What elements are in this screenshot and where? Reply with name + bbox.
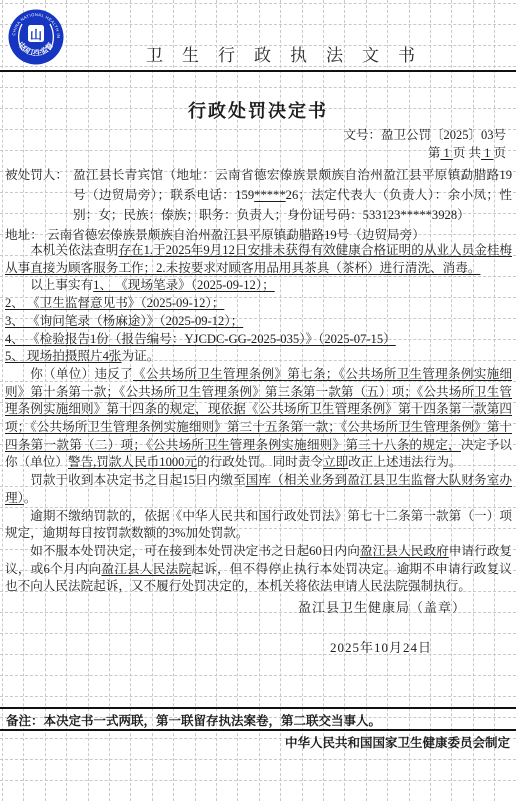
page-title: 行政处罚决定书	[0, 97, 516, 123]
footer-divider-bottom	[0, 729, 516, 731]
document-series-title: 卫生行政执法文书	[64, 41, 516, 66]
evidence-intro: 以上事实有1、 《现场笔录》（2025-09-12）；	[5, 277, 512, 295]
party-block: 被处罚人： 盈江县长青宾馆（地址：云南省德宏傣族景颇族自治州盈江县平原镇勐腊路1…	[5, 165, 512, 245]
svg-text:山: 山	[30, 28, 42, 42]
document-meta: 文号：盈卫公罚〔2025〕03号 第 1 页 共 1 页	[343, 126, 506, 162]
findings-paragraph: 本机关依法查明存在1.于2025年9月12日安排未获得有效健康合格证明的从业人员…	[5, 242, 512, 277]
footer-issuer: 中华人民共和国国家卫生健康委员会制定	[285, 733, 510, 751]
penalized-party-value: 盈江县长青宾馆（地址：云南省德宏傣族景颇族自治州盈江县平原镇勐腊路19号（边贸局…	[73, 165, 512, 225]
evidence-item: 2、 《卫生监督意见书》（2025-09-12）；	[5, 295, 512, 313]
evidence-item: 5、 现场拍摄照片4张为证。	[5, 348, 512, 366]
document-number: 文号：盈卫公罚〔2025〕03号	[343, 126, 506, 144]
appeal-paragraph: 如不服本处罚决定，可在接到本处罚决定书之日起60日内向盈江县人民政府申请行政复议…	[5, 543, 512, 596]
page-indicator: 第 1 页 共 1 页	[343, 144, 506, 162]
penalty-decision-document: CHINA NATIONAL HEALTH INSPECTION 山 中国卫生监…	[0, 0, 516, 801]
late-penalty-paragraph: 逾期不缴纳罚款的，依据《中华人民共和国行政处罚法》第七十二条第一款第（一）项规定…	[5, 508, 512, 543]
evidence-item: 3、 《询问笔录（杨麻途）》（2025-09-12）；	[5, 313, 512, 331]
china-health-inspection-logo-icon: CHINA NATIONAL HEALTH INSPECTION 山 中国卫生监…	[8, 9, 64, 65]
penalized-party-row: 被处罚人： 盈江县长青宾馆（地址：云南省德宏傣族景颇族自治州盈江县平原镇勐腊路1…	[5, 165, 512, 225]
violation-paragraph: 你（单位）违反了《公共场所卫生管理条例》第七条；《公共场所卫生管理条例实施细则》…	[5, 366, 512, 472]
footer-note: 备注：本决定书一式两联，第一联留存执法案卷，第二联交当事人。	[6, 711, 381, 729]
evidence-list: 2、 《卫生监督意见书》（2025-09-12）； 3、 《询问笔录（杨麻途）》…	[5, 295, 512, 366]
footer-divider-top	[0, 707, 516, 709]
evidence-item: 4、 《检验报告1份（报告编号：YJCDC-GG-2025-035）》（2025…	[5, 331, 512, 349]
decision-body: 本机关依法查明存在1.于2025年9月12日安排未获得有效健康合格证明的从业人员…	[5, 242, 512, 596]
header-divider	[0, 70, 516, 72]
payment-paragraph: 罚款于收到本决定书之日起15日内缴至国库（相关业务到盈江县卫生监督大队财务室办理…	[5, 472, 512, 507]
penalized-party-label: 被处罚人：	[5, 165, 68, 185]
issuing-agency-seal-line: 盈江县卫生健康局（盖章）	[298, 597, 466, 616]
decision-date: 2025年10月24日	[330, 637, 432, 656]
